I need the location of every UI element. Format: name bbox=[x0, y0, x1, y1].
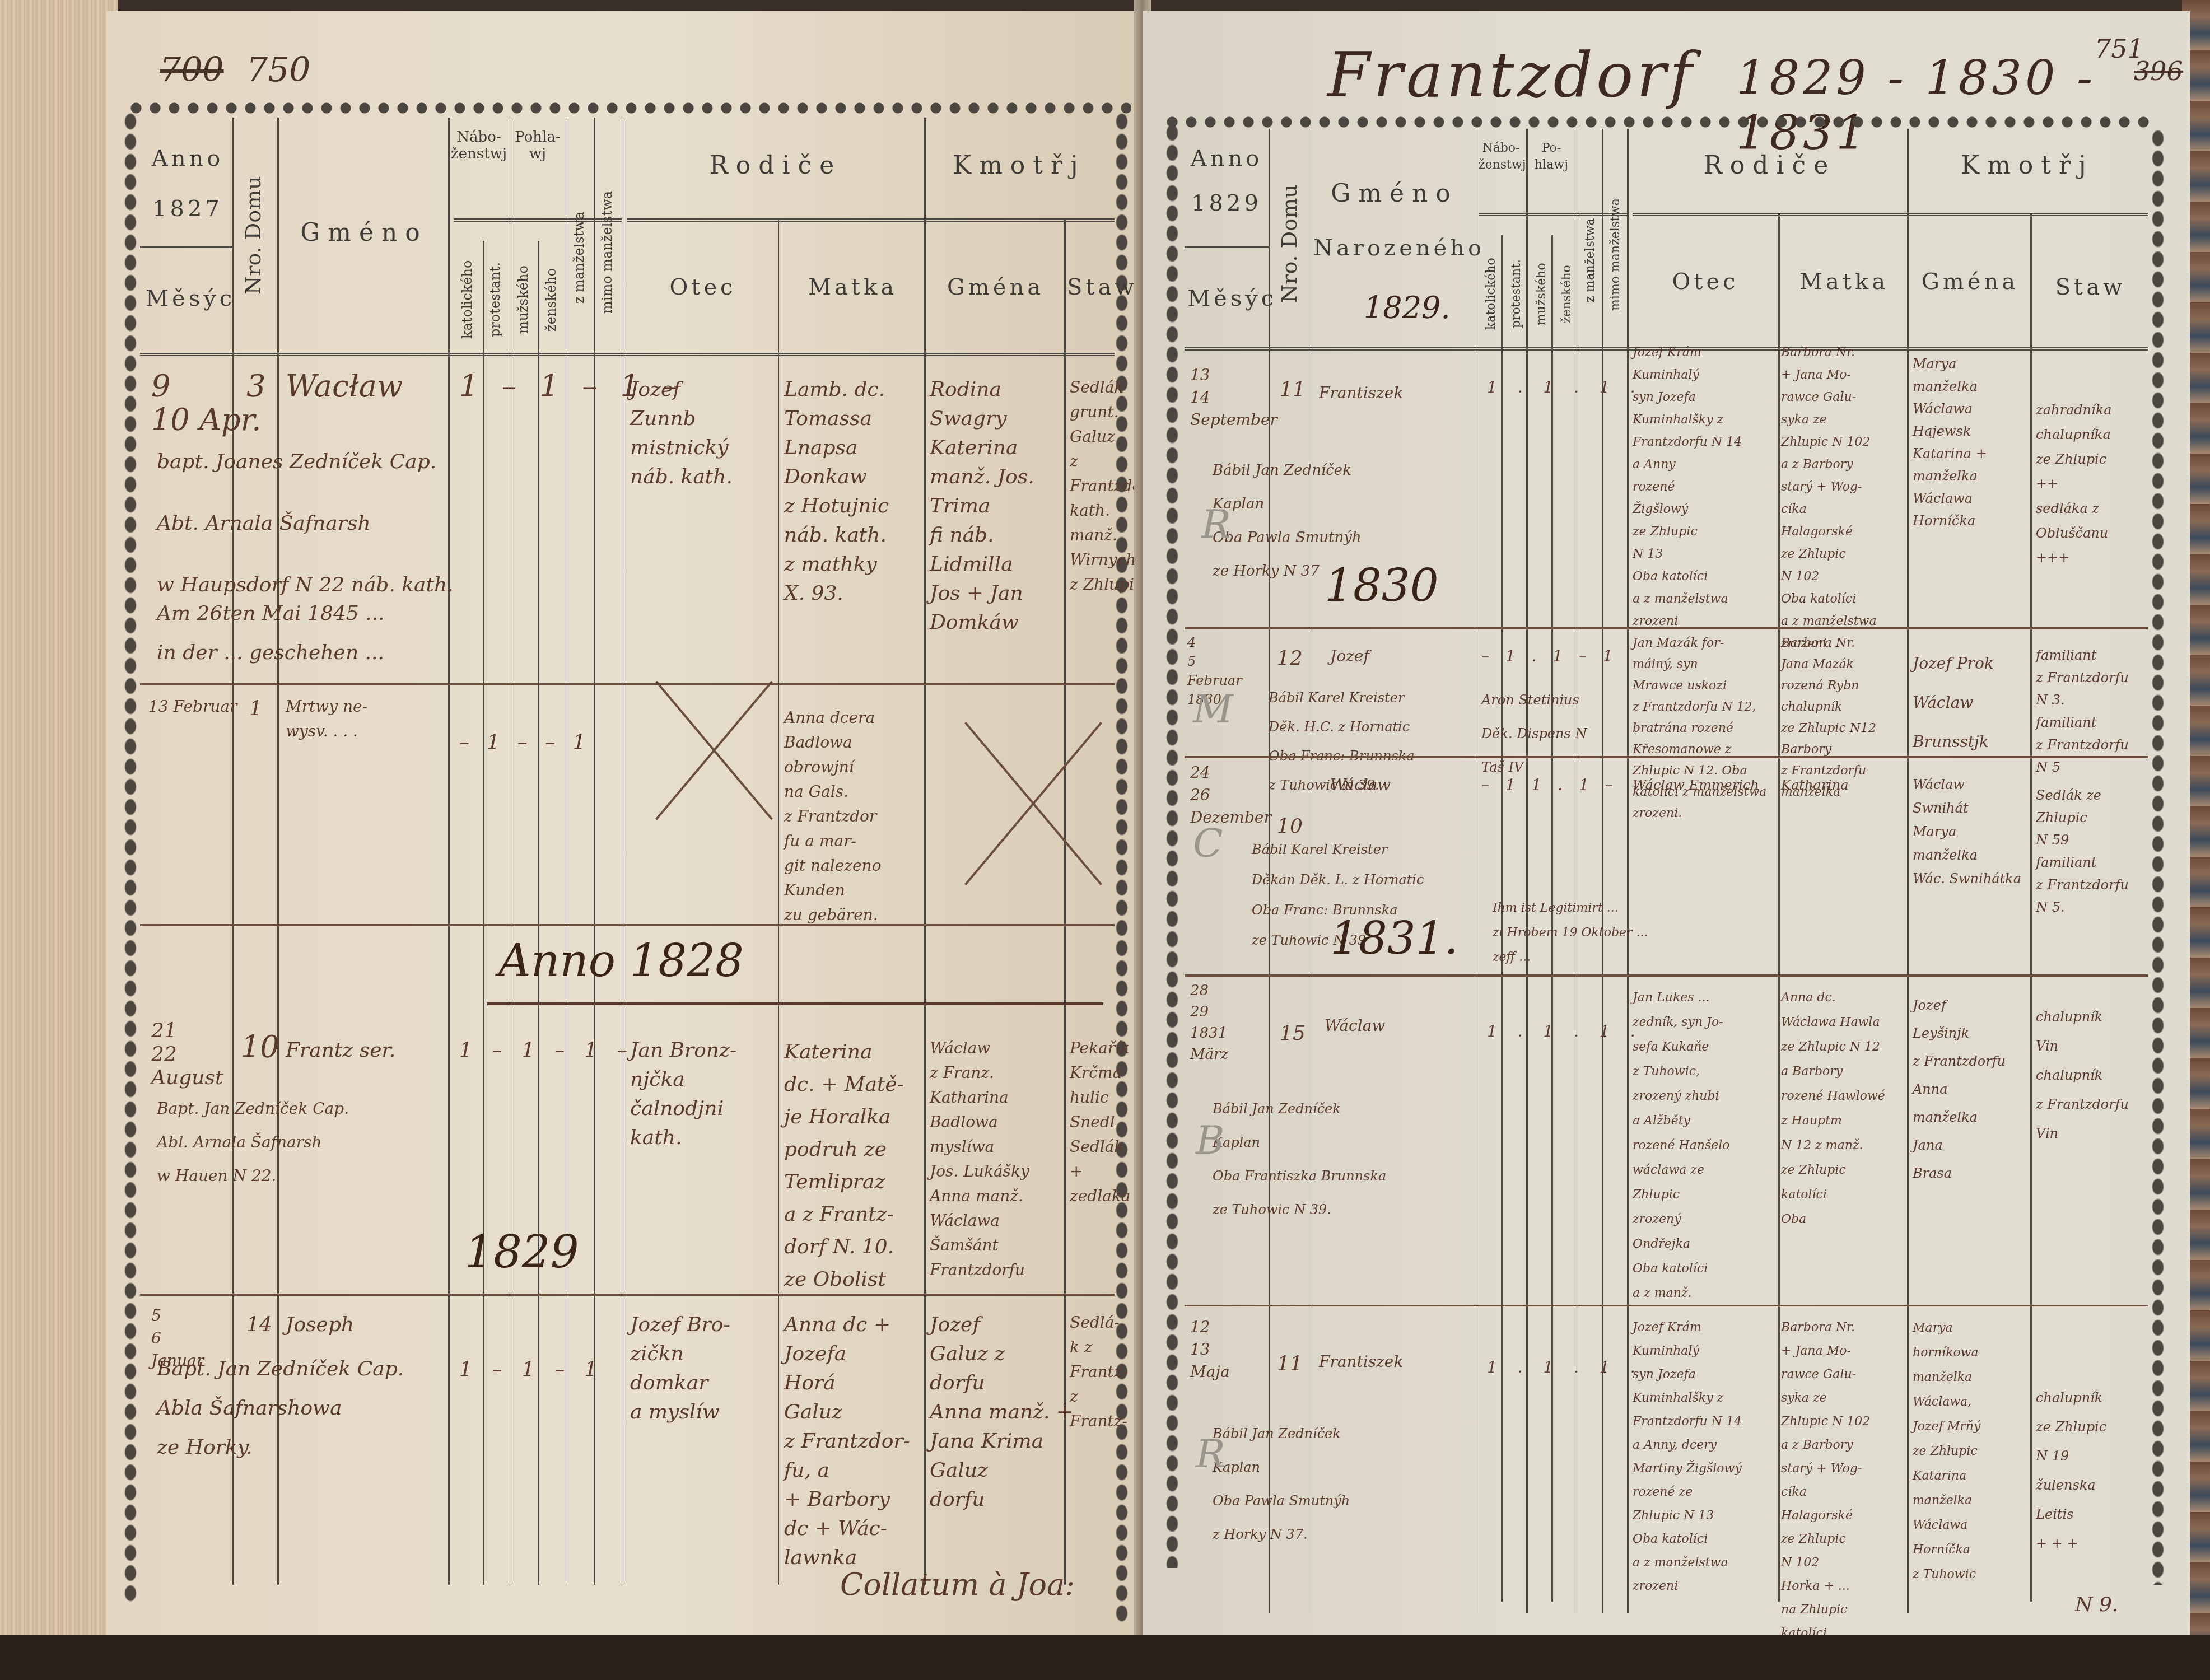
header-otec: Otec bbox=[1633, 269, 1778, 295]
decorative-border-right bbox=[2151, 129, 2165, 1585]
entry-name: Frantiszek bbox=[1319, 381, 1403, 405]
header-gmena: Gména bbox=[1910, 269, 2030, 295]
entry-staw: chalupník ze Zhlupic N 19 žulenska Leiti… bbox=[2036, 1383, 2106, 1558]
page-title-place: Frantzdorf bbox=[1327, 39, 1695, 111]
entry-name: Joseph bbox=[286, 1310, 354, 1340]
decorative-border-left bbox=[123, 112, 138, 1602]
header-anno-year: 1827 bbox=[146, 196, 230, 222]
entry-house: 11 bbox=[1280, 375, 1306, 404]
entry-note-2: Aron Stetinius Děk. Dispens N Taš IV bbox=[1481, 683, 1587, 784]
entry-house: 1 bbox=[249, 694, 262, 724]
entry-gmena: Jozef Leyšinjk z Frantzdorfu Anna manžel… bbox=[1913, 991, 2006, 1187]
entry-gmena: Wáclaw Swnihát Marya manželka Wác. Swnih… bbox=[1913, 773, 2021, 890]
header-mimo-manzelstwa: mimo manželstwa bbox=[599, 162, 615, 342]
entry-marks: 1 . 1 . 1 . bbox=[1487, 1019, 1643, 1044]
entry-note: Bapt. Jan Zedníček Cap. Abla Šafnarshowa… bbox=[157, 1350, 404, 1467]
book-page-edges-left bbox=[0, 0, 118, 1680]
left-register-table: Anno 1827 Měsýc Nro. Domu Gméno Nábo-žen… bbox=[140, 118, 1115, 1585]
header-muzskeho: mužského bbox=[515, 252, 531, 347]
entry-day: 21 22 August bbox=[151, 1019, 223, 1090]
entry-staw: Pekařík Krčma hulic Snedl Sedlák + zedla… bbox=[1070, 1036, 1131, 1208]
entry-note: Bábil Jan Zedníček Kaplan Oba Frantiszka… bbox=[1213, 1092, 1386, 1226]
right-register-table: Anno 1829 Měsýc Nro. Domu Gméno Narozené… bbox=[1185, 129, 2148, 1613]
header-year-written: 1829. bbox=[1364, 291, 1451, 325]
header-z-manzelstwa: z manželstwa bbox=[1583, 179, 1597, 342]
header-nabozenstwi: Nábo-ženstwj bbox=[451, 129, 507, 162]
footer-house-number: N 9. bbox=[2075, 1590, 2118, 1620]
entry-name: Mrtwy ne- wysv. . . . bbox=[286, 694, 367, 744]
entry-name: Frantz ser. bbox=[286, 1036, 395, 1065]
entry-day: 24 26 Dezember bbox=[1190, 762, 1271, 829]
entry-marginal-note: Am 26ten Mai 1845 ... bbox=[157, 599, 384, 628]
header-rodice: Rodiče bbox=[1633, 151, 1907, 180]
entry-house: 12 bbox=[1277, 644, 1303, 673]
entry-matka: Anna dc. Wáclawa Hawla ze Zhlupic N 12 a… bbox=[1781, 986, 1885, 1232]
entry-gmena: Jozef Galuz z dorfu Anna manž. + Jana Kr… bbox=[930, 1310, 1073, 1514]
header-pohlawj: Po-hlawj bbox=[1529, 140, 1574, 174]
header-jmeno: Gméno bbox=[280, 218, 448, 247]
header-staw: Staw bbox=[2033, 274, 2148, 300]
entry-gmena: Wáclaw z Franz. Katharina Badlowa myslíw… bbox=[930, 1036, 1029, 1282]
entry-matka: Lamb. dc. Tomassa Lnapsa Donkaw z Hotujn… bbox=[784, 375, 889, 608]
header-zenskeho: ženského bbox=[543, 252, 559, 347]
entry-matka: Barbora Nr. + Jana Mo- rawce Galu- syka … bbox=[1781, 342, 1877, 655]
entry-marginal-note: Ihm ist Legitimirt ... zi Hrobem 19 Okto… bbox=[1493, 896, 1648, 970]
entry-otec: Jan Lukes ... zedník, syn Jo- sefa Kukaň… bbox=[1633, 986, 1730, 1306]
pencil-letter: R bbox=[1196, 1439, 1225, 1468]
entry-staw: chalupník Vin chalupník z Frantzdorfu Vi… bbox=[2036, 1002, 2129, 1148]
entry-marks: – 1 – – 1 bbox=[459, 728, 591, 757]
right-page: Frantzdorf 1829 - 1830 - 1831 751 396 An… bbox=[1143, 11, 2190, 1646]
header-anno: Anno bbox=[146, 146, 230, 171]
entry-day: 12 13 Maja bbox=[1190, 1316, 1230, 1383]
entry-otec: Jozef Zunnb mistnický náb. kath. bbox=[630, 375, 733, 492]
header-z-manzelstwa: z manželstwa bbox=[571, 174, 587, 342]
collatum-signature: Collatum à Joa: bbox=[840, 1568, 1075, 1602]
header-kmotri: Kmotřj bbox=[1907, 151, 2148, 180]
header-anno: Anno bbox=[1187, 146, 1266, 171]
pencil-letter: M bbox=[1193, 694, 1233, 724]
entry-house: 15 bbox=[1280, 1019, 1306, 1048]
entry-note: Bapt. Jan Zedníček Cap. Abl. Arnala Šafn… bbox=[157, 1092, 349, 1193]
header-protestant: protestant. bbox=[487, 252, 503, 347]
entry-marks: 1 . 1 . 1 . bbox=[1487, 1355, 1643, 1380]
entry-otec: Jozef Krám Kuminhalý syn Jozefa Kuminhal… bbox=[1633, 342, 1742, 633]
entry-gmena: Rodina Swagry Katerina manž. Jos. Trima … bbox=[930, 375, 1034, 637]
entry-name: Jozef bbox=[1330, 644, 1369, 669]
entry-house: 14 bbox=[246, 1310, 272, 1340]
entry-otec: Jozef Krám Kuminhalý syn Jozefa Kuminhal… bbox=[1633, 1316, 1742, 1598]
decorative-border-top bbox=[129, 101, 1131, 115]
right-page-number-struck: 396 bbox=[2134, 56, 2183, 86]
entry-otec: Wáclaw Emmerich bbox=[1633, 773, 1759, 797]
entry-marks: 1 – 1 – 1 bbox=[459, 1355, 604, 1384]
entry-note: bapt. Joanes Zedníček Cap. Abt. Arnala Š… bbox=[157, 431, 454, 616]
header-kmotri: Kmotřj bbox=[924, 151, 1115, 180]
entry-matka: Anna dcera Badlowa obrowjní na Gals. z F… bbox=[784, 706, 882, 927]
entry-otec: Jozef Bro- zičkn domkar a myslíw bbox=[630, 1310, 730, 1427]
left-page-number: 750 bbox=[246, 50, 311, 90]
entry-matka: Katharina bbox=[1781, 773, 1849, 797]
entry-gmena: Jozef Prok Wáclaw Brunsstjk bbox=[1913, 644, 1994, 762]
entry-house: 11 bbox=[1277, 1350, 1303, 1379]
entry-marks: – 1 . 1 – 1 bbox=[1481, 644, 1619, 669]
entry-day: 13 14 September bbox=[1190, 364, 1277, 431]
header-mesic: Měsýc bbox=[1187, 286, 1266, 311]
entry-marginal-note-2: in der ... geschehen ... bbox=[157, 638, 384, 668]
year-heading-1830: 1830 bbox=[1325, 571, 1439, 600]
decorative-border-top bbox=[1165, 115, 2156, 129]
header-katolickeho: katolického bbox=[1484, 246, 1498, 342]
decorative-border-left bbox=[1165, 123, 1179, 1568]
header-staw: Staw bbox=[1067, 274, 1115, 300]
entry-house: 3 bbox=[246, 370, 265, 403]
year-heading-1828: Anno 1828 bbox=[498, 946, 744, 976]
header-otec: Otec bbox=[627, 274, 778, 300]
entry-gmena: Marya manželka Wáclawa Hajewsk Katarina … bbox=[1913, 353, 1987, 532]
header-protestant: protestant. bbox=[1509, 246, 1523, 342]
left-page: 700 750 Anno 1827 Měsýc Nro. Domu Gméno … bbox=[106, 11, 1140, 1646]
entry-day: 28 29 1831 März bbox=[1190, 980, 1228, 1065]
pencil-letter: C bbox=[1193, 829, 1223, 858]
pencil-letter: R bbox=[1201, 510, 1231, 539]
entry-gmena: Marya horníkowa manželka Wáclawa, Jozef … bbox=[1913, 1316, 1980, 1587]
entry-day: 9 10 Apr. bbox=[151, 370, 262, 437]
entry-name: Wáclaw bbox=[1330, 773, 1391, 797]
year-heading-1829: 1829 bbox=[465, 1238, 579, 1267]
entry-note: Bábil Jan Zedníček Kaplan Oba Pawla Smut… bbox=[1213, 1417, 1350, 1551]
header-mimo-manzelstwa: mimo manželstwa bbox=[1608, 168, 1622, 342]
header-mesic: Měsýc bbox=[146, 286, 230, 311]
header-jmeno: Gméno bbox=[1313, 179, 1476, 208]
header-nabozenstwi: Nábo-ženstwj bbox=[1479, 140, 1523, 174]
entry-matka: Anna dc + Jozefa Horá Galuz z Frantzdor-… bbox=[784, 1310, 910, 1572]
entry-staw: Sedlá- k z Frantz- z Frantz- bbox=[1070, 1310, 1127, 1434]
header-katolickeho: katolického bbox=[459, 252, 475, 347]
header-pohlawj: Pohla-wj bbox=[512, 129, 563, 162]
entry-marks: 1 . 1 . 1 . bbox=[1487, 375, 1643, 400]
entry-matka: Barbora Nr. + Jana Mo- rawce Galu- syka … bbox=[1781, 1316, 1870, 1645]
header-muzskeho: mužského bbox=[1535, 246, 1549, 342]
header-matka: Matka bbox=[1781, 269, 1907, 295]
entry-name: Frantiszek bbox=[1319, 1350, 1403, 1374]
year-heading-1831: 1831. bbox=[1330, 924, 1458, 953]
crossed-out-kmotri bbox=[958, 711, 1109, 896]
entry-matka: Katerina dc. + Matě- je Horalka podruh z… bbox=[784, 1036, 904, 1296]
entry-name: Wacław bbox=[286, 370, 403, 403]
entry-staw: zahradníka chalupníka ze Zhlupic ++ sedl… bbox=[2036, 398, 2112, 570]
left-page-number-struck: 700 bbox=[160, 50, 224, 90]
entry-staw: Sedlák ze Zhlupic N 59 familiant z Frant… bbox=[2036, 784, 2129, 918]
header-nro-domu: Nro. Domu bbox=[1277, 162, 1302, 325]
pencil-letter: B bbox=[1196, 1126, 1224, 1155]
header-gmena: Gména bbox=[927, 274, 1064, 300]
entry-marks: 1 – 1 – 1 – bbox=[459, 1036, 634, 1065]
header-nro-domu: Nro. Domu bbox=[241, 151, 265, 319]
header-anno-year: 1829 bbox=[1187, 190, 1266, 216]
crossed-out-otec bbox=[650, 694, 778, 806]
entry-name: Wáclaw bbox=[1325, 1014, 1385, 1038]
header-narozeneho: Narozeného bbox=[1313, 235, 1476, 261]
entry-otec: Jan Bronz- njčka čalnodjni kath. bbox=[630, 1036, 736, 1152]
header-matka: Matka bbox=[781, 274, 924, 300]
book-bottom-shadow bbox=[0, 1635, 2210, 1680]
entry-marks: – 1 1 . 1 – bbox=[1481, 773, 1619, 797]
entry-day: 13 Februar bbox=[148, 694, 237, 719]
entry-house: 10 bbox=[241, 1030, 279, 1064]
header-rodice: Rodiče bbox=[627, 151, 924, 180]
header-zenskeho: ženského bbox=[1560, 246, 1574, 342]
entry-staw: familiant z Frantzdorfu N 3. familiant z… bbox=[2036, 644, 2129, 778]
